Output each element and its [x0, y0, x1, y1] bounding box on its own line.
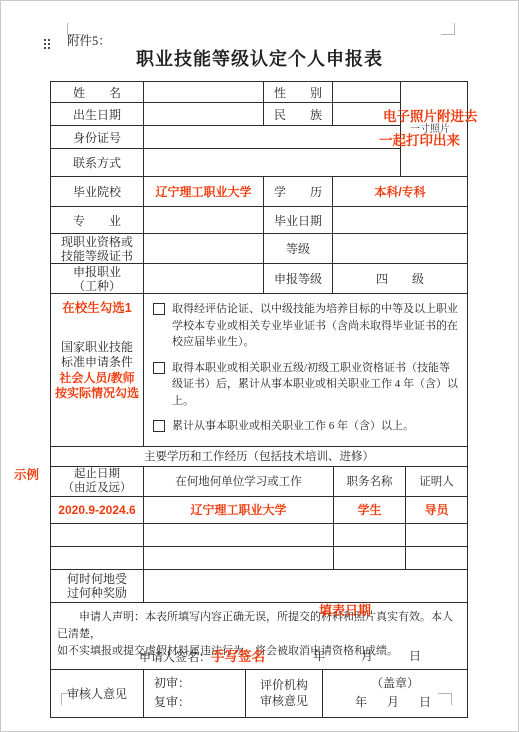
example-dates[interactable]: 2020.9-2024.6 — [51, 496, 144, 523]
label-line: 审核意见 — [248, 693, 320, 709]
experience-reference-cell[interactable] — [406, 546, 468, 569]
major-label: 专 业 — [51, 207, 144, 234]
awards-label: 何时何地受 过何种奖励 — [51, 569, 144, 602]
education-label: 学 历 — [264, 177, 333, 207]
table-row — [51, 523, 468, 546]
example-place[interactable]: 辽宁理工职业大学 — [144, 496, 334, 523]
apply-level-label: 申报等级 — [264, 264, 333, 294]
label-line: 技能等级证书 — [53, 249, 141, 263]
current-cert-input-cell[interactable] — [144, 234, 264, 264]
birthdate-label: 出生日期 — [51, 103, 144, 126]
experience-place-cell[interactable] — [144, 546, 334, 569]
handwritten-signature-note: 手写签名 — [211, 649, 265, 664]
experience-place-cell[interactable] — [144, 523, 334, 546]
example-reference[interactable]: 导员 — [406, 496, 468, 523]
table-row: 姓 名 性 别 — [51, 82, 468, 103]
table-row — [51, 546, 468, 569]
grad-date-input-cell[interactable] — [333, 207, 468, 234]
label-line: 何时何地受 — [53, 572, 141, 586]
col-header-position: 职务名称 — [334, 466, 406, 496]
seal-date-blanks: 年 月 日 — [325, 693, 465, 712]
school-value[interactable]: 辽宁理工职业大学 — [144, 177, 264, 207]
signature-label: 申请人签名：手写签名 — [139, 645, 265, 665]
student-check-note: 在校生勾选1 — [62, 298, 131, 316]
label-line: 起止日期 — [53, 467, 141, 481]
experience-position-cell[interactable] — [334, 546, 406, 569]
photo-annotation-top: 电子照片附进去 — [383, 105, 478, 125]
ethnicity-label: 民 族 — [264, 103, 333, 126]
table-row: 申报职业 （工种） 申报等级 四 级 — [51, 264, 468, 294]
name-input-cell[interactable] — [144, 82, 264, 103]
birthdate-input-cell[interactable] — [144, 103, 264, 126]
experience-position-cell[interactable] — [334, 523, 406, 546]
initial-review-label: 初审： — [154, 674, 243, 693]
label-line: 现职业资格或 — [53, 235, 141, 249]
label-line: （由近及远） — [53, 481, 141, 495]
level-input-cell[interactable] — [333, 234, 468, 264]
seal-cell[interactable]: （盖章） 年 月 日 — [323, 669, 468, 717]
education-value[interactable]: 本科/专科 — [333, 177, 468, 207]
label-line: 申报职业 — [53, 265, 141, 279]
fill-date-note: 填表日期 — [319, 600, 371, 619]
occupation-label: 申报职业 （工种） — [51, 264, 144, 294]
table-row: 在校生勾选1 国家职业技能 标准申请条件 社会人员/教师 按实际情况勾选 取得经… — [51, 294, 468, 447]
table-row: 2020.9-2024.6 辽宁理工职业大学 学生 导员 — [51, 496, 468, 523]
col-header-dates: 起止日期 （由近及远） — [51, 466, 144, 496]
label-line: 评价机构 — [248, 677, 320, 693]
social-check-note-line: 社会人员/教师 — [59, 372, 134, 385]
occupation-input-cell[interactable] — [144, 264, 264, 294]
table-row: 起止日期 （由近及远） 在何地何单位学习或工作 职务名称 证明人 — [51, 466, 468, 496]
label-line: 过何种奖励 — [53, 586, 141, 600]
reviewer-opinion-label: 审核人意见 — [51, 669, 144, 717]
document-page: 附件5： 职业技能等级认定个人申报表 姓 名 性 别 出生日期 民 族 身份证号… — [0, 0, 519, 732]
condition-text: 取得经评估论证、以中级技能为培养目标的中等及以上职业学校本专业或相关专业毕业证书… — [172, 301, 461, 351]
example-note: 示例 — [14, 465, 39, 483]
experience-dates-cell[interactable] — [51, 546, 144, 569]
table-row: 现职业资格或 技能等级证书 等级 — [51, 234, 468, 264]
current-cert-label: 现职业资格或 技能等级证书 — [51, 234, 144, 264]
table-row: 专 业 毕业日期 — [51, 207, 468, 234]
level-label: 等级 — [264, 234, 333, 264]
grad-date-label: 毕业日期 — [264, 207, 333, 234]
table-row: 申请人声明：本表所填写内容正确无误，所提交的材料和照片真实有效。本人已清楚， 如… — [51, 602, 468, 669]
experience-reference-cell[interactable] — [406, 523, 468, 546]
experience-section-title: 主要学历和工作经历（包括技术培训、进修） — [51, 446, 468, 466]
id-label: 身份证号 — [51, 126, 144, 149]
recheck-review-label: 复审： — [154, 693, 243, 712]
condition-option: 累计从事本职业或相关职业工作 6 年（含）以上。 — [153, 418, 461, 435]
name-label: 姓 名 — [51, 82, 144, 103]
seal-label: （盖章） — [325, 674, 465, 693]
declaration-line: 申请人声明：本表所填写内容正确无误，所提交的材料和照片真实有效。本人已清楚， — [57, 609, 462, 643]
col-header-place: 在何地何单位学习或工作 — [144, 466, 334, 496]
table-row: 主要学历和工作经历（包括技术培训、进修） — [51, 446, 468, 466]
margin-corner-mark — [441, 23, 455, 35]
declaration-cell: 申请人声明：本表所填写内容正确无误，所提交的材料和照片真实有效。本人已清楚， 如… — [51, 602, 468, 669]
photo-annotation-bottom: 一起打印出来 — [379, 129, 460, 149]
gender-input-cell[interactable] — [333, 82, 401, 103]
signature-date-blanks[interactable]: 年 月 日 — [313, 647, 421, 664]
gender-label: 性 别 — [264, 82, 333, 103]
apply-level-value[interactable]: 四 级 — [333, 264, 468, 294]
conditions-options-cell: 取得经评估论证、以中级技能为培养目标的中等及以上职业学校本专业或相关专业毕业证书… — [144, 294, 468, 447]
checkbox-icon[interactable] — [153, 420, 165, 432]
example-position[interactable]: 学生 — [334, 496, 406, 523]
contact-input-cell[interactable] — [144, 149, 401, 177]
school-label: 毕业院校 — [51, 177, 144, 207]
signature-label-text: 申请人签名： — [139, 650, 211, 664]
major-input-cell[interactable] — [144, 207, 264, 234]
experience-dates-cell[interactable] — [51, 523, 144, 546]
condition-option: 取得本职业或相关职业五级/初级工职业资格证书（技能等级证书）后，累计从事本职业或… — [153, 360, 461, 410]
condition-option: 取得经评估论证、以中级技能为培养目标的中等及以上职业学校本专业或相关专业毕业证书… — [153, 301, 461, 351]
page-title: 职业技能等级认定个人申报表 — [1, 45, 518, 71]
awards-input-cell[interactable] — [144, 569, 468, 602]
label-line: （工种） — [53, 279, 141, 293]
col-header-reference: 证明人 — [406, 466, 468, 496]
table-row: 审核人意见 初审： 复审： 评价机构 审核意见 （盖章） 年 月 日 — [51, 669, 468, 717]
table-row: 毕业院校 辽宁理工职业大学 学 历 本科/专科 — [51, 177, 468, 207]
contact-label: 联系方式 — [51, 149, 144, 177]
application-form-table: 姓 名 性 别 出生日期 民 族 身份证号 联系方式 毕业院校 辽宁理工职业大学… — [50, 81, 468, 718]
agency-opinion-label: 评价机构 审核意见 — [246, 669, 323, 717]
condition-text: 取得本职业或相关职业五级/初级工职业资格证书（技能等级证书）后，累计从事本职业或… — [172, 360, 461, 410]
checkbox-icon[interactable] — [153, 362, 165, 374]
id-input-cell[interactable] — [144, 126, 401, 149]
conditions-title-line: 标准申请条件 — [61, 355, 133, 370]
checkbox-icon[interactable] — [153, 303, 165, 315]
conditions-label-cell: 在校生勾选1 国家职业技能 标准申请条件 社会人员/教师 按实际情况勾选 — [51, 294, 144, 447]
review-input-cell[interactable]: 初审： 复审： — [144, 669, 246, 717]
social-check-note-line: 按实际情况勾选 — [55, 387, 139, 400]
table-row: 何时何地受 过何种奖励 — [51, 569, 468, 602]
condition-text: 累计从事本职业或相关职业工作 6 年（含）以上。 — [172, 418, 414, 435]
conditions-title-line: 国家职业技能 — [61, 340, 133, 355]
